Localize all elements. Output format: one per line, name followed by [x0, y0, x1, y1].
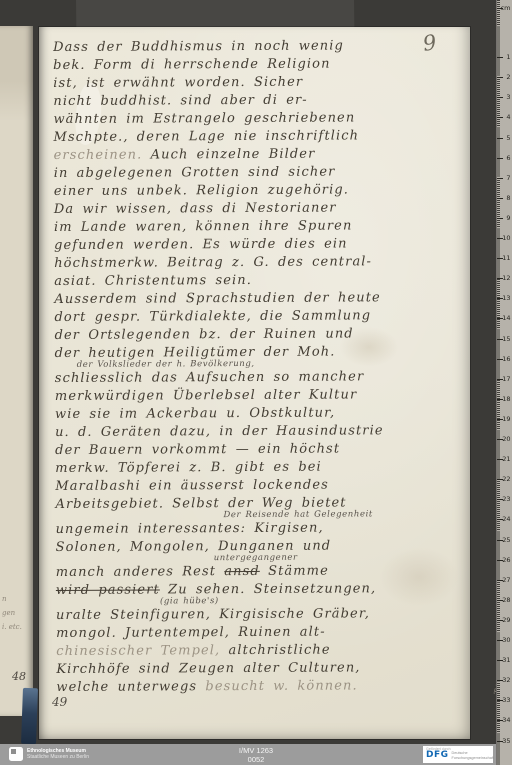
ruler-cm-label: 9: [497, 214, 512, 222]
manuscript-line: Dass der Buddhismus in noch wenig: [53, 37, 463, 57]
manuscript-line: merkwürdigen Überlebsel alter Kultur: [55, 386, 465, 406]
text-fragment: gen: [2, 606, 31, 620]
ruler-cm-label: 19: [497, 415, 512, 423]
manuscript-line: schliesslich das Aufsuchen so mancher: [55, 368, 465, 388]
manuscript-line: Ausserdem sind Sprachstudien der heute: [54, 289, 464, 309]
museum-subtitle: Staatliche Museen zu Berlin: [27, 754, 89, 761]
manuscript-line: der Ortslegenden bz. der Ruinen und: [55, 325, 465, 345]
text-fragment: i. etc.: [2, 620, 31, 634]
ruler-cm-label: 17: [497, 375, 512, 383]
binding-fragment: [21, 688, 38, 744]
document-id-block: I/MV 1263 0052: [239, 746, 273, 764]
text-fragment: n: [2, 592, 31, 606]
manuscript-line: manch anderes Rest ansd Stämme: [56, 562, 466, 582]
manuscript-line: Da wir wissen, dass di Nestorianer: [54, 199, 464, 219]
ruler-cm-label: 35: [497, 737, 512, 745]
manuscript-line: asiat. Christentums sein.: [54, 271, 464, 291]
ruler-cm-label: 14: [497, 314, 512, 322]
footer-bar: Ethnologisches Museum Staatliche Museen …: [0, 744, 512, 765]
manuscript-text: Dass der Buddhismus in noch wenigbek. Fo…: [53, 37, 466, 697]
previous-sheet-number: 48: [12, 670, 26, 683]
manuscript-line: nicht buddhist. sind aber di er-: [53, 91, 463, 111]
manuscript-line: wähnten im Estrangelo geschriebenen: [53, 109, 463, 129]
manuscript-line: Kirchhöfe sind Zeugen alter Culturen,: [56, 659, 466, 679]
manuscript-line: uralte Steinfiguren, Kirgisische Gräber,: [56, 605, 466, 625]
shelfmark: I/MV 1263: [239, 746, 273, 755]
ruler-cm-label: 12: [497, 274, 512, 282]
ruler-cm-label: 29: [497, 616, 512, 624]
ruler-cm-label: 23: [497, 495, 512, 503]
ruler-cm-label: 31: [497, 656, 512, 664]
manuscript-line: der Bauern vorkommt — ein höchst: [55, 440, 465, 460]
ruler-cm-label: 32: [497, 676, 512, 684]
manuscript-line: u. d. Geräten dazu, in der Hausindustrie: [55, 422, 465, 442]
ruler-cm-label: 10: [497, 234, 512, 242]
ruler-unit-label: cm: [497, 4, 512, 12]
manuscript-line: mongol. Jurtentempel, Ruinen alt-: [56, 623, 466, 643]
ruler-cm-label: 11: [497, 254, 512, 262]
manuscript-line: erscheinen. Auch einzelne Bilder: [54, 145, 464, 165]
ruler-cm-label: 30: [497, 636, 512, 644]
ruler-cm-label: 8: [497, 194, 512, 202]
ruler-cm-label: 16: [497, 355, 512, 363]
dfg-abbreviation: DFG: [426, 751, 449, 760]
dfg-org-name: Deutsche Forschungsgemeinschaft: [452, 751, 494, 760]
ruler-cm-label: 4: [497, 113, 512, 121]
manuscript-line: ist, ist erwähnt worden. Sicher: [53, 73, 463, 93]
manuscript-page: 9 Dass der Buddhismus in noch wenigbek. …: [39, 27, 470, 739]
manuscript-line: einer uns unbek. Religion zugehörig.: [54, 181, 464, 201]
scan-id: 0052: [239, 755, 273, 764]
museum-name-block: Ethnologisches Museum Staatliche Museen …: [27, 748, 89, 761]
manuscript-line: im Lande waren, können ihre Spuren: [54, 217, 464, 237]
ruler-cm-label: 34: [497, 716, 512, 724]
manuscript-line: gefunden werden. Es würde dies ein: [54, 235, 464, 255]
ruler-cm-label: 26: [497, 556, 512, 564]
previous-page-edge: ngeni. etc.: [0, 26, 33, 716]
manuscript-line: wie sie im Ackerbau u. Obstkultur,: [55, 404, 465, 424]
manuscript-line: ungemein interessantes: Kirgisen,: [56, 519, 466, 539]
ruler-cm-label: 21: [497, 455, 512, 463]
ruler-cm-label: 22: [497, 475, 512, 483]
manuscript-line: chinesischer Tempel, altchristliche: [56, 641, 466, 661]
museum-logo: Ethnologisches Museum Staatliche Museen …: [9, 747, 89, 761]
ruler-cm-label: 7: [497, 174, 512, 182]
ruler-cm-label: 15: [497, 335, 512, 343]
ruler-cm-label: 3: [497, 93, 512, 101]
museum-logo-icon: [9, 747, 23, 761]
manuscript-line: dort gespr. Türkdialekte, die Sammlung: [54, 307, 464, 327]
ruler-cm-label: 20: [497, 435, 512, 443]
ruler-cm-label: 6: [497, 154, 512, 162]
ruler-cm-label: 2: [497, 73, 512, 81]
ruler-cm-label: 13: [497, 294, 512, 302]
manuscript-line: Maralbashi ein äusserst lockendes: [55, 476, 465, 496]
scan-viewer: ngeni. etc. 48 9 Dass der Buddhismus in …: [0, 0, 512, 765]
ruler-cm-label: 24: [497, 515, 512, 523]
ruler-cm-label: 33: [497, 696, 512, 704]
manuscript-line: höchstmerkw. Beitrag z. G. des central-: [54, 253, 464, 273]
manuscript-line: Mschpte., deren Lage nie inschriftlich: [53, 127, 463, 147]
ruler: cm12345678910111213141516171819202122232…: [496, 0, 512, 765]
ruler-cm-label: 27: [497, 576, 512, 584]
manuscript-line: merkw. Töpferei z. B. gibt es bei: [55, 458, 465, 478]
manuscript-line: bek. Form di herrschende Religion: [53, 55, 463, 75]
sheet-number: 49: [52, 695, 67, 709]
previous-page-text-fragments: ngeni. etc.: [2, 592, 31, 634]
ruler-cm-label: 1: [497, 53, 512, 61]
ruler-cm-label: 18: [497, 395, 512, 403]
ruler-cm-label: 28: [497, 596, 512, 604]
manuscript-line: welche unterwegs besucht w. können.: [56, 677, 466, 697]
ruler-cm-label: 25: [497, 536, 512, 544]
manuscript-line: in abgelegenen Grotten sind sicher: [54, 163, 464, 183]
dfg-logo: Gefördert durch DFG Deutsche Forschungsg…: [423, 746, 493, 763]
ruler-cm-label: 5: [497, 134, 512, 142]
